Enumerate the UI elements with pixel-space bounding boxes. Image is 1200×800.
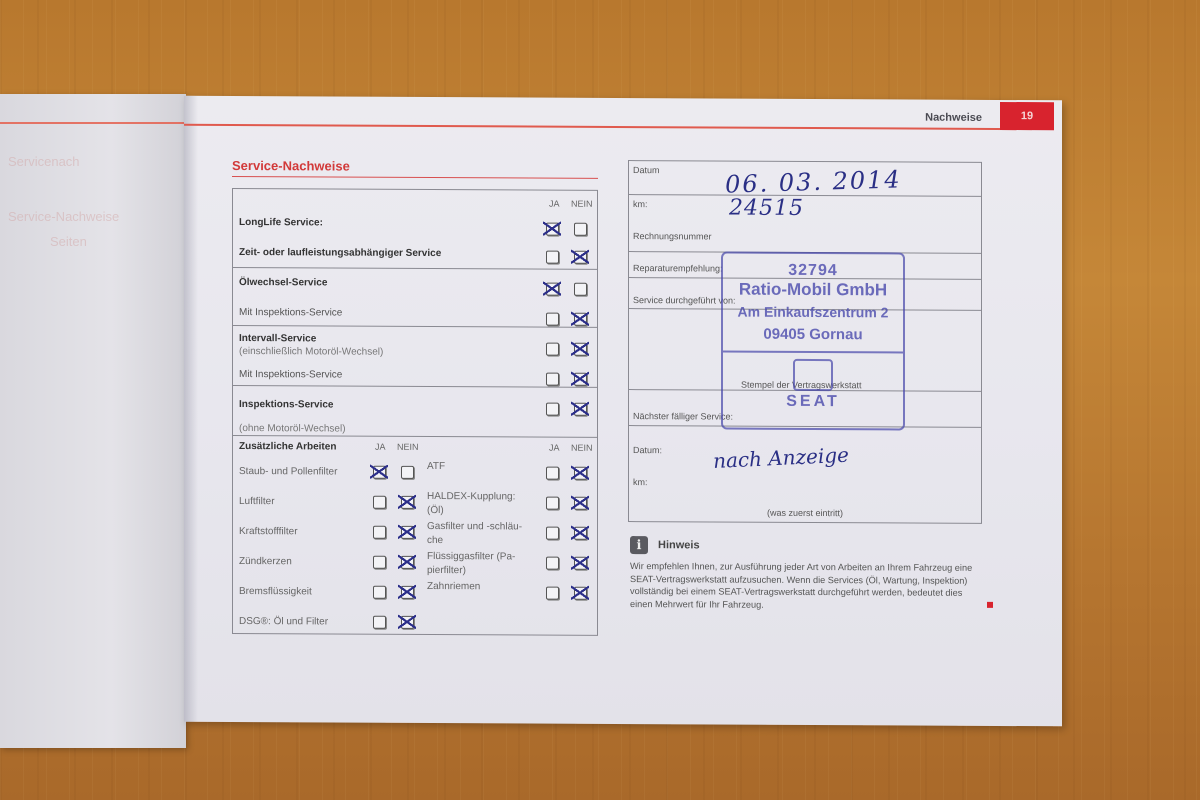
extra-work-label: Flüssiggasfilter (Pa-pierfilter) xyxy=(427,550,531,579)
hinweis-note: i Hinweis Wir empfehlen Ihnen, zur Ausfü… xyxy=(628,536,988,538)
column-header-ja: JA xyxy=(549,199,560,209)
checkbox-ja[interactable] xyxy=(373,616,386,629)
service-checklist-table: JANEINLongLife Service:Zeit- oder laufle… xyxy=(232,188,598,636)
page-gutter xyxy=(184,96,198,722)
checkbox-ja[interactable] xyxy=(546,587,559,600)
checkbox-ja[interactable] xyxy=(546,283,559,296)
stamp-street: Am Einkaufszentrum 2 xyxy=(723,304,903,321)
service-row-label: LongLife Service: xyxy=(239,217,323,228)
hinweis-body: Wir empfehlen Ihnen, zur Ausführung jede… xyxy=(630,560,984,612)
invoice-number-label: Rechnungsnummer xyxy=(633,231,712,241)
next-date-label: Datum: xyxy=(633,445,662,455)
service-record-box: Datum 06. 03. 2014 km: 24515 Rechnungsnu… xyxy=(628,160,982,524)
checkbox-nein[interactable] xyxy=(574,283,587,296)
checkbox-ja[interactable] xyxy=(546,223,559,236)
page-number: 19 xyxy=(1000,102,1054,130)
extra-work-label: Staub- und Pollenfilter xyxy=(239,465,337,480)
checkbox-ja[interactable] xyxy=(546,557,559,570)
ghost-text: Service-Nachweise xyxy=(8,209,119,224)
service-row-label: Ölwechsel-Service xyxy=(239,277,327,288)
header-rule xyxy=(0,122,186,124)
checkbox-nein[interactable] xyxy=(574,343,587,356)
row-divider xyxy=(233,435,597,438)
km-value: 24515 xyxy=(729,196,804,221)
service-row-label: Intervall-Service xyxy=(239,333,316,344)
right-page: Nachweise 19 Service-Nachweise JANEINLon… xyxy=(184,96,1062,727)
next-km-label: km: xyxy=(633,477,648,487)
checkbox-ja[interactable] xyxy=(373,496,386,509)
checkbox-nein[interactable] xyxy=(574,527,587,540)
ghost-text: Servicenach xyxy=(8,154,80,169)
checkbox-nein[interactable] xyxy=(574,223,587,236)
checkbox-ja[interactable] xyxy=(373,466,386,479)
checkbox-nein[interactable] xyxy=(574,497,587,510)
checkbox-nein[interactable] xyxy=(401,556,414,569)
service-row-label: Mit Inspektions-Service xyxy=(239,307,342,319)
header-rule xyxy=(184,124,1032,130)
checkbox-nein[interactable] xyxy=(574,373,587,386)
checkbox-ja[interactable] xyxy=(546,497,559,510)
row-divider xyxy=(629,194,981,197)
dealer-stamp: 32794 Ratio-Mobil GmbH Am Einkaufszentru… xyxy=(721,252,905,431)
info-icon: i xyxy=(630,536,648,554)
row-divider xyxy=(233,325,597,328)
column-header-nein: NEIN xyxy=(571,443,593,453)
extra-work-label: Bremsflüssigkeit xyxy=(239,585,312,599)
row-divider xyxy=(233,385,597,388)
checkbox-ja[interactable] xyxy=(373,556,386,569)
service-row-sublabel: (ohne Motoröl-Wechsel) xyxy=(239,423,346,435)
chapter-title: Nachweise xyxy=(925,112,982,124)
service-row-label: Mit Inspektions-Service xyxy=(239,369,342,381)
checkbox-nein[interactable] xyxy=(574,251,587,264)
service-row-sublabel: (einschließlich Motoröl-Wechsel) xyxy=(239,346,383,358)
checkbox-ja[interactable] xyxy=(546,373,559,386)
checkbox-ja[interactable] xyxy=(546,527,559,540)
checkbox-ja[interactable] xyxy=(546,313,559,326)
extra-work-label: ATF xyxy=(427,460,531,475)
checkbox-nein[interactable] xyxy=(401,496,414,509)
column-header-ja: JA xyxy=(549,443,560,453)
ghost-text: Seiten xyxy=(50,234,87,249)
stamp-brand: SEAT xyxy=(723,393,903,412)
service-row-label: Inspektions-Service xyxy=(239,399,333,410)
checkbox-nein[interactable] xyxy=(574,557,587,570)
checkbox-nein[interactable] xyxy=(574,587,587,600)
stamp-number: 32794 xyxy=(723,262,903,281)
service-row-label: Zeit- oder laufleistungsabhängiger Servi… xyxy=(239,247,441,259)
next-service-value: nach Anzeige xyxy=(712,443,849,473)
seat-logo-icon xyxy=(793,359,833,391)
extra-work-label: Luftfilter xyxy=(239,495,275,509)
row-divider xyxy=(233,267,597,270)
column-header-nein: NEIN xyxy=(571,199,593,209)
checkbox-ja[interactable] xyxy=(546,403,559,416)
extra-work-label: Gasfilter und -schläu-che xyxy=(427,520,531,549)
end-of-section-marker xyxy=(987,602,993,608)
extra-work-label: DSG®: Öl und Filter xyxy=(239,615,328,629)
left-page: Servicenach Service-Nachweise Seiten xyxy=(0,94,186,748)
checkbox-ja[interactable] xyxy=(373,586,386,599)
km-label: km: xyxy=(633,199,648,209)
extra-work-label: Zahnriemen xyxy=(427,580,531,595)
checkbox-nein[interactable] xyxy=(401,616,414,629)
hinweis-title: Hinweis xyxy=(658,539,700,551)
checkbox-ja[interactable] xyxy=(546,343,559,356)
checkbox-ja[interactable] xyxy=(373,526,386,539)
stamp-company: Ratio-Mobil GmbH xyxy=(723,280,903,301)
checkbox-ja[interactable] xyxy=(546,467,559,480)
stamp-city: 09405 Gornau xyxy=(723,326,903,344)
stamp-divider xyxy=(723,351,903,354)
section-underline xyxy=(232,176,598,179)
column-header-nein: NEIN xyxy=(397,442,419,452)
whichever-first-note: (was zuerst eintritt) xyxy=(629,507,981,519)
checkbox-nein[interactable] xyxy=(401,586,414,599)
extra-work-label: Zündkerzen xyxy=(239,555,292,569)
service-date-value: 06. 03. 2014 xyxy=(725,165,903,198)
checkbox-ja[interactable] xyxy=(546,251,559,264)
extra-work-label: HALDEX-Kupplung: (Öl) xyxy=(427,490,531,519)
checkbox-nein[interactable] xyxy=(574,467,587,480)
checkbox-nein[interactable] xyxy=(574,403,587,416)
extra-work-label: Kraftstofffilter xyxy=(239,525,298,539)
column-header-ja: JA xyxy=(375,442,386,452)
checkbox-nein[interactable] xyxy=(401,526,414,539)
section-title: Service-Nachweise xyxy=(232,158,350,174)
date-label: Datum xyxy=(633,165,660,175)
next-service-label: Nächster fälliger Service: xyxy=(633,411,733,422)
checkbox-nein[interactable] xyxy=(574,313,587,326)
extra-work-title: Zusätzliche Arbeiten xyxy=(239,441,336,453)
repair-recommendation-label: Reparaturempfehlung: xyxy=(633,263,723,273)
checkbox-nein[interactable] xyxy=(401,466,414,479)
